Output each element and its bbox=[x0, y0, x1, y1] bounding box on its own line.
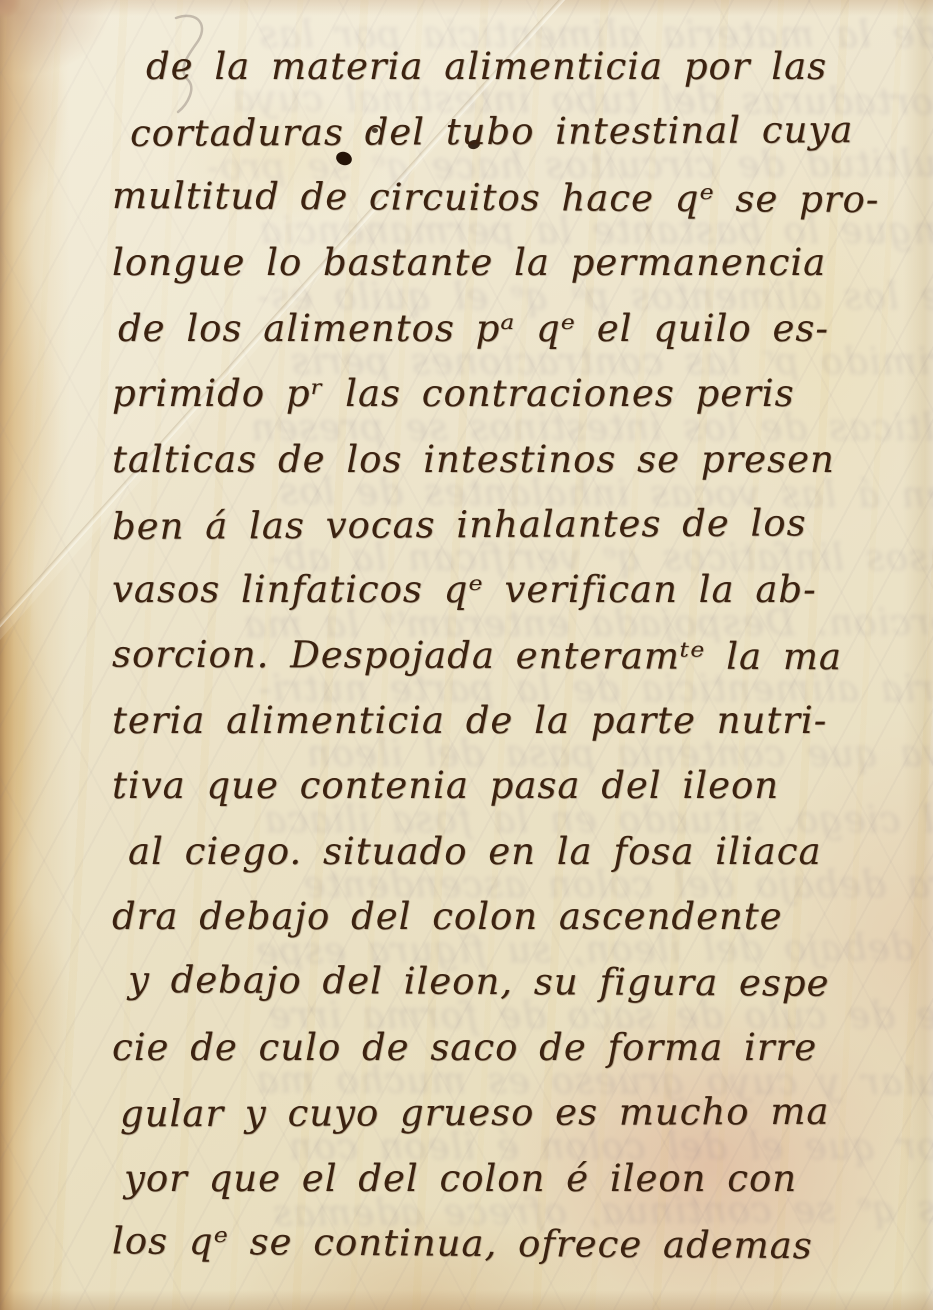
manuscript-line: longue lo bastante la permanencia bbox=[112, 230, 879, 295]
manuscript-line: de los alimentos pᵃ qᵉ el quilo es- bbox=[112, 296, 879, 361]
manuscript-line: de la materia alimenticia por las bbox=[112, 34, 879, 99]
manuscript-line: cie de culo de saco de forma irre bbox=[112, 1015, 879, 1080]
manuscript-line: primido pʳ las contraciones peris bbox=[112, 361, 879, 426]
manuscript-page: de la materia alimenticia por lascortadu… bbox=[0, 0, 933, 1310]
manuscript-line: multitud de circuitos hace qᵉ se pro- bbox=[112, 163, 880, 232]
manuscript-line: tiva que contenia pasa del ileon bbox=[112, 753, 879, 818]
manuscript-line: y debajo del ileon, su figura espe bbox=[112, 947, 880, 1016]
manuscript-line: talticas de los intestinos se presen bbox=[112, 426, 879, 491]
manuscript-line: los qᵉ se continua, ofrece ademas bbox=[112, 1208, 880, 1279]
manuscript-line: al ciego. situado en la fosa iliaca bbox=[112, 819, 879, 884]
manuscript-line: dra debajo del colon ascendente bbox=[112, 884, 879, 949]
manuscript-line: gular y cuyo grueso es mucho ma bbox=[112, 1079, 880, 1147]
manuscript-line: teria alimenticia de la parte nutri- bbox=[112, 688, 879, 753]
manuscript-line: ben á las vocas inhalantes de los bbox=[112, 490, 880, 559]
handwritten-text-block: de la materia alimenticia por lascortadu… bbox=[112, 34, 879, 1276]
manuscript-line: cortaduras del tubo intestinal cuya bbox=[112, 97, 880, 166]
manuscript-line: yor que el del colon é ileon con bbox=[112, 1146, 879, 1211]
manuscript-line: sorcion. Despojada enteramᵗᵉ la ma bbox=[112, 621, 880, 689]
manuscript-line: vasos linfaticos qᵉ verifican la ab- bbox=[112, 557, 879, 622]
